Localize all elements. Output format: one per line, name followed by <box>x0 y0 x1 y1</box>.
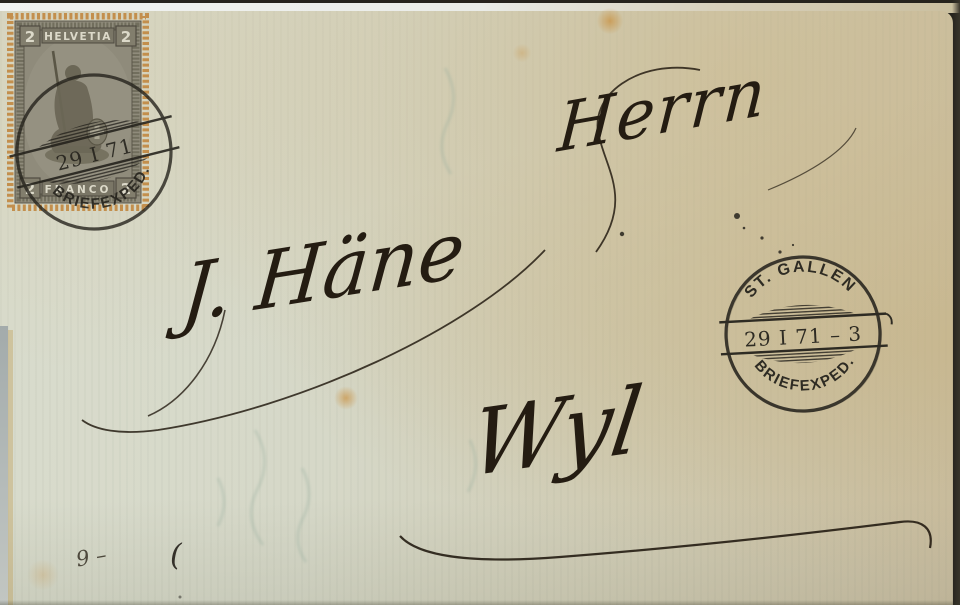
ink-smudges <box>179 213 795 599</box>
pencil-paren-mark: ( <box>170 538 182 573</box>
flourish-wyl-underline <box>400 521 931 559</box>
paper-left-toning <box>8 330 13 605</box>
flourish-j-descender <box>148 310 225 416</box>
ink-flourishes <box>0 0 960 605</box>
background-right-edge <box>952 0 960 605</box>
cover-photograph: 2 2 2 2 HELVETIA FRANCO 29 I 71 <box>0 0 960 605</box>
flourish-haene-sweep <box>82 250 545 432</box>
flourish-herrn-loop <box>596 68 700 252</box>
background-left-edge <box>0 326 8 605</box>
paper-bottom-shadow <box>0 600 960 605</box>
flourish-herrn-tail <box>768 128 856 190</box>
